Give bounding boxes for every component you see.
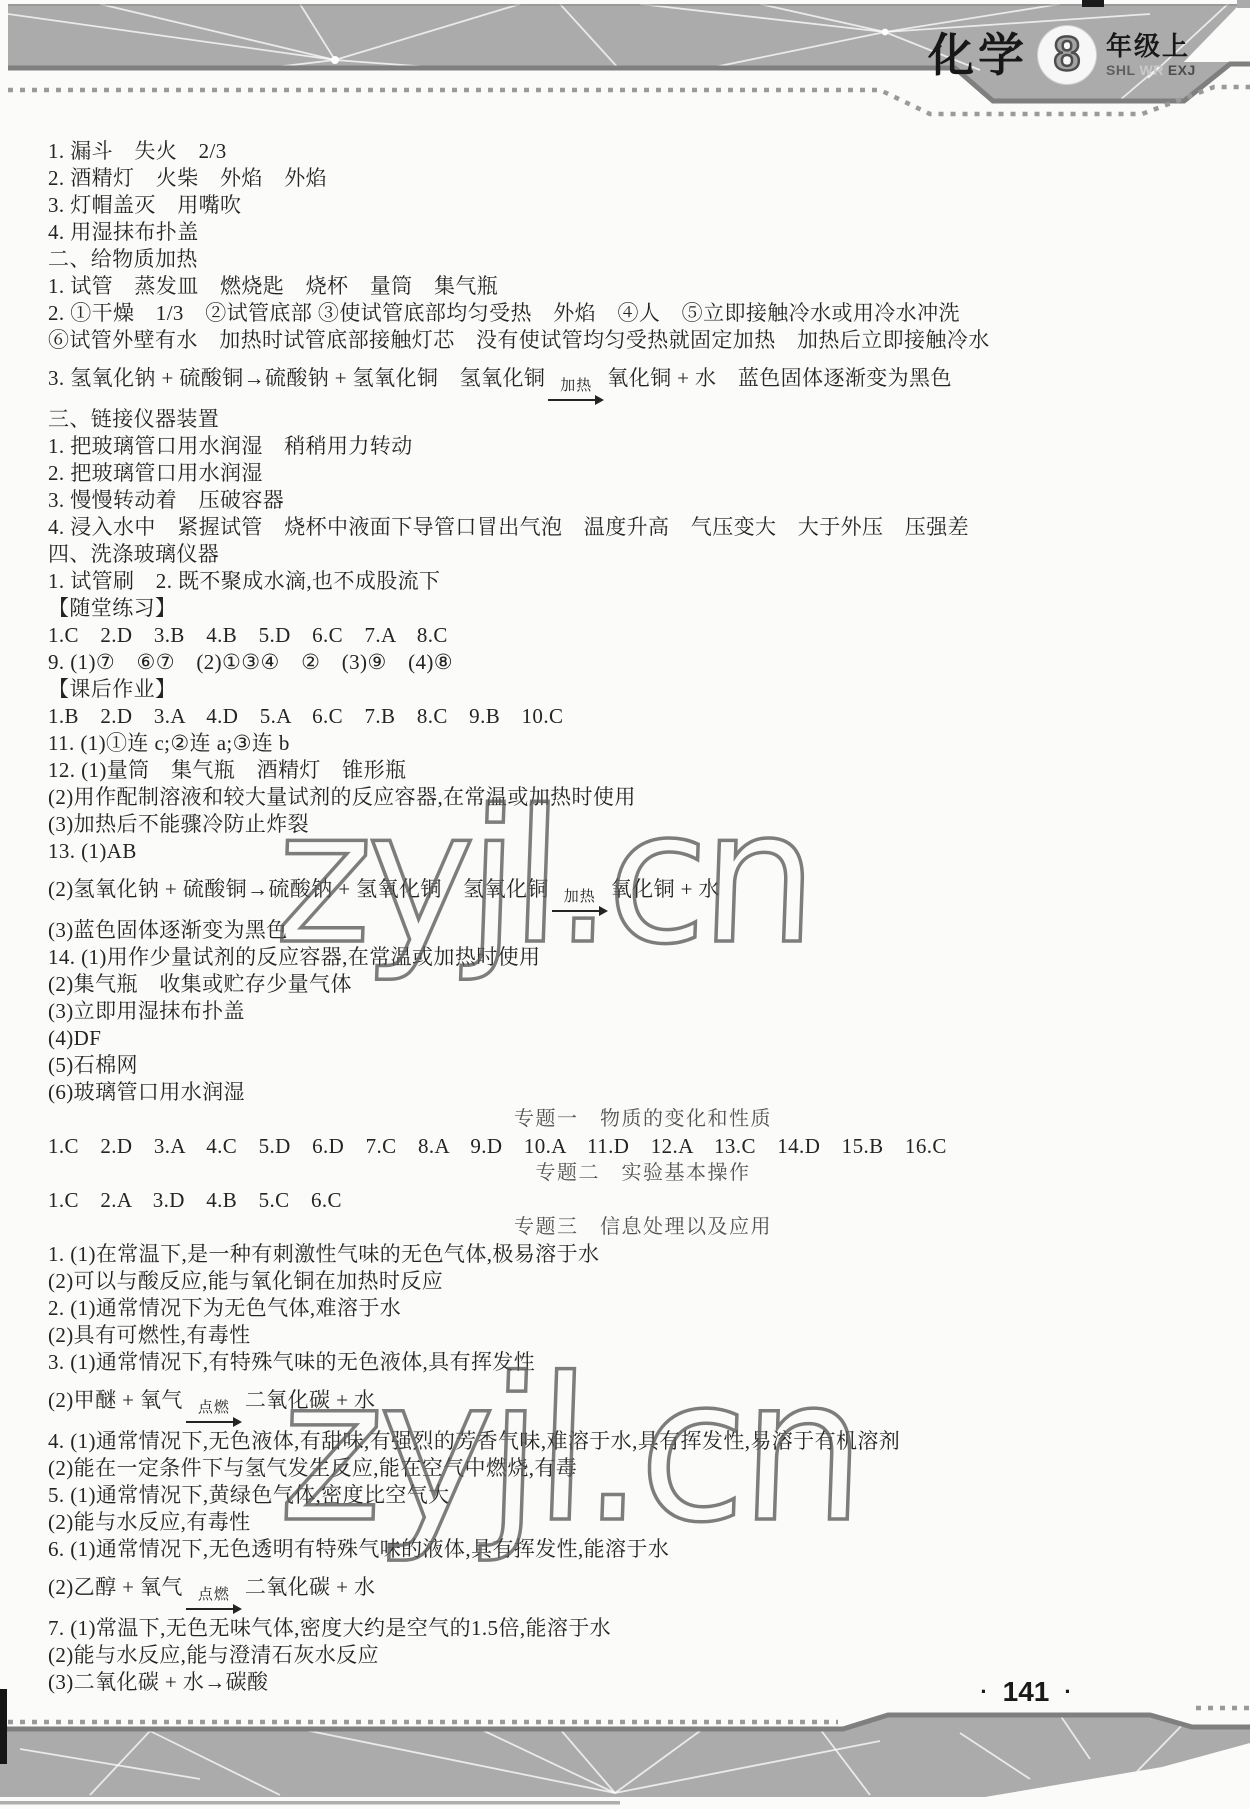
answer-line: 二、给物质加热 (48, 246, 1238, 273)
grade-number: 8 (1054, 31, 1081, 79)
page-number-dot: · (980, 1681, 987, 1703)
answer-line: 13. (1)AB (48, 838, 1238, 865)
right-arrow-icon (548, 393, 604, 406)
grade-8-badge-icon: 8 (1038, 26, 1096, 84)
answer-line: 6. (1)通常情况下,无色透明有特殊气味的液体,具有挥发性,能溶于水 (48, 1536, 1238, 1563)
answer-line: 1. 试管 蒸发皿 燃烧匙 烧杯 量筒 集气瓶 (48, 273, 1238, 300)
reaction-condition-arrow: 点燃 (186, 1589, 242, 1615)
reaction-condition-arrow: 点燃 (186, 1402, 242, 1428)
right-arrow-icon (186, 1415, 242, 1428)
textbook-logo: 化学 8 年级上 SHL WR EXJ (928, 26, 1196, 84)
answer-line: 三、链接仪器装置 (48, 406, 1238, 433)
answer-line: (3)加热后不能骤冷防止炸裂 (48, 811, 1238, 838)
answer-line: (2)乙醇 + 氧气点燃二氧化碳 + 水 (48, 1563, 1238, 1615)
answer-line: ⑥试管外壁有水 加热时试管底部接触灯芯 没有使试管均匀受热就固定加热 加热后立即… (48, 327, 1238, 354)
answer-line: 1.C 2.A 3.D 4.B 5.C 6.C (48, 1187, 1238, 1214)
answer-line: (2)能与水反应,有毒性 (48, 1509, 1238, 1536)
answer-line: 1. 把玻璃管口用水润湿 稍稍用力转动 (48, 433, 1238, 460)
right-arrow-icon (186, 1602, 242, 1615)
answer-line: 5. (1)通常情况下,黄绿色气体,密度比空气大 (48, 1482, 1238, 1509)
answer-line: 1.B 2.D 3.A 4.D 5.A 6.C 7.B 8.C 9.B 10.C (48, 703, 1238, 730)
answer-line: (4)DF (48, 1025, 1238, 1052)
footer-banner-shape (0, 1713, 1250, 1797)
answer-line: (2)具有可燃性,有毒性 (48, 1322, 1238, 1349)
answer-line: 1. (1)在常温下,是一种有刺激性气味的无色气体,极易溶于水 (48, 1241, 1238, 1268)
grade-label: 年级上 (1106, 33, 1196, 59)
page-number: · 141 · (938, 1676, 1114, 1708)
answer-line: 四、洗涤玻璃仪器 (48, 541, 1238, 568)
answer-line: 14. (1)用作少量试剂的反应容器,在常温或加热时使用 (48, 944, 1238, 971)
answer-line: (2)集气瓶 收集或贮存少量气体 (48, 971, 1238, 998)
answer-line: (2)甲醚 + 氧气点燃二氧化碳 + 水 (48, 1376, 1238, 1428)
section-heading: 专题一 物质的变化和性质 (48, 1106, 1238, 1133)
answer-line: (3)蓝色固体逐渐变为黑色 (48, 917, 1238, 944)
answer-line: 1.C 2.D 3.B 4.B 5.D 6.C 7.A 8.C (48, 622, 1238, 649)
answer-line: 3. 慢慢转动着 压破容器 (48, 487, 1238, 514)
answer-line: 1. 漏斗 失火 2/3 (48, 138, 1238, 165)
answer-line: (5)石棉网 (48, 1052, 1238, 1079)
answer-line: (2)氢氧化钠 + 硫酸铜→硫酸钠 + 氢氧化铜 氢氧化铜加热氧化铜 + 水 (48, 865, 1238, 917)
answer-line: 12. (1)量筒 集气瓶 酒精灯 锥形瓶 (48, 757, 1238, 784)
right-arrow-icon (552, 904, 608, 917)
answer-line: 3. 氢氧化钠 + 硫酸铜→硫酸钠 + 氢氧化铜 氢氧化铜加热氧化铜 + 水 蓝… (48, 354, 1238, 406)
answer-line: 4. 浸入水中 紧握试管 烧杯中液面下导管口冒出气泡 温度升高 气压变大 大于外… (48, 514, 1238, 541)
logo-subject-label: 化学 (928, 32, 1028, 78)
answer-line: 2. 酒精灯 火柴 外焰 外焰 (48, 165, 1238, 192)
reaction-condition-arrow: 加热 (552, 891, 608, 917)
answer-line: (2)用作配制溶液和较大量试剂的反应容器,在常温或加热时使用 (48, 784, 1238, 811)
section-heading: 专题二 实验基本操作 (48, 1160, 1238, 1187)
answer-line: 3. 灯帽盖灭 用嘴吹 (48, 192, 1238, 219)
reaction-condition-arrow: 加热 (548, 380, 604, 406)
answer-line: 1. 试管刷 2. 既不聚成水滴,也不成股流下 (48, 568, 1238, 595)
page-number-value: 141 (1003, 1676, 1050, 1708)
answer-line: (2)能在一定条件下与氢气发生反应,能在空气中燃烧,有毒 (48, 1455, 1238, 1482)
answer-line: 11. (1)①连 c;②连 a;③连 b (48, 730, 1238, 757)
answer-line: 2. (1)通常情况下为无色气体,难溶于水 (48, 1295, 1238, 1322)
page-number-dot: · (1064, 1681, 1071, 1703)
answer-line: 7. (1)常温下,无色无味气体,密度大约是空气的1.5倍,能溶于水 (48, 1615, 1238, 1642)
answer-line: 2. ①干燥 1/3 ②试管底部 ③使试管底部均匀受热 外焰 ④人 ⑤立即接触冷… (48, 300, 1238, 327)
answer-line: 3. (1)通常情况下,有特殊气味的无色液体,具有挥发性 (48, 1349, 1238, 1376)
workbook-answer-page: 化学 8 年级上 SHL WR EXJ 1. 漏斗 失火 2/32. 酒精灯 火… (0, 0, 1250, 1809)
section-heading: 专题三 信息处理以及应用 (48, 1214, 1238, 1241)
answer-line: 2. 把玻璃管口用水润湿 (48, 460, 1238, 487)
answer-line: 4. 用湿抹布扑盖 (48, 219, 1238, 246)
answers-body: 1. 漏斗 失火 2/32. 酒精灯 火柴 外焰 外焰3. 灯帽盖灭 用嘴吹4.… (48, 138, 1238, 1696)
answer-line: 1.C 2.D 3.A 4.C 5.D 6.D 7.C 8.A 9.D 10.A… (48, 1133, 1238, 1160)
answer-line: (3)立即用湿抹布扑盖 (48, 998, 1238, 1025)
answer-line: (6)玻璃管口用水润湿 (48, 1079, 1238, 1106)
answer-line: (2)可以与酸反应,能与氧化铜在加热时反应 (48, 1268, 1238, 1295)
answer-line: 9. (1)⑦ ⑥⑦ (2)①③④ ② (3)⑨ (4)⑧ (48, 649, 1238, 676)
answer-line: 【随堂练习】 (48, 595, 1238, 622)
answer-line: 【课后作业】 (48, 676, 1238, 703)
series-code: SHL WR EXJ (1106, 63, 1196, 77)
answer-line: 4. (1)通常情况下,无色液体,有甜味,有强烈的芳香气味,难溶于水,具有挥发性… (48, 1428, 1238, 1455)
answer-line: (2)能与水反应,能与澄清石灰水反应 (48, 1642, 1238, 1669)
